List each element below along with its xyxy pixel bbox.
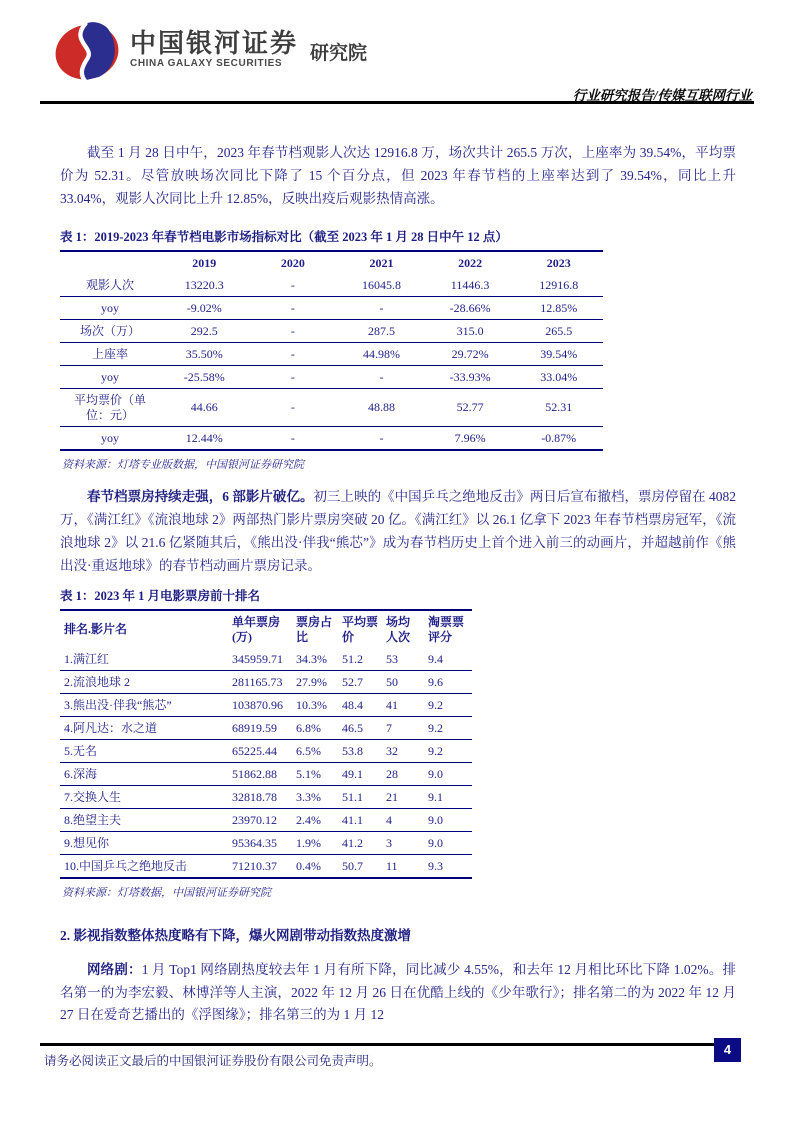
table-cell: 0.4% — [292, 855, 338, 879]
table-row: 10.中国乒乓之绝地反击71210.370.4%50.7119.3 — [60, 855, 472, 879]
table-cell: - — [337, 427, 426, 451]
table-cell: - — [337, 297, 426, 320]
table-cell: 9.1 — [424, 786, 472, 809]
report-page: 中国银河证券 CHINA GALAXY SECURITIES 研究院 行业研究报… — [0, 0, 794, 1123]
table-cell: 3.3% — [292, 786, 338, 809]
table-cell: yoy — [60, 366, 160, 389]
table-row: 1.满江红345959.7134.3%51.2539.4 — [60, 648, 472, 671]
table-row: 5.无名65225.446.5%53.8329.2 — [60, 740, 472, 763]
table-cell: 11 — [382, 855, 424, 879]
table-cell: 3.熊出没·伴我“熊芯” — [60, 694, 228, 717]
table2-block: 表 1：2023 年 1 月电影票房前十排名 排名.影片名单年票房(万)票房占比… — [60, 586, 736, 900]
table-cell: -33.93% — [426, 366, 515, 389]
table-cell: - — [337, 366, 426, 389]
table-cell: 7 — [382, 717, 424, 740]
table-cell: - — [249, 274, 338, 297]
table-cell: 35.50% — [160, 343, 249, 366]
column-header: 排名.影片名 — [60, 610, 228, 648]
table-cell: 41.2 — [338, 832, 382, 855]
brand-text: 中国银河证券 CHINA GALAXY SECURITIES — [130, 28, 298, 70]
table-cell: 50 — [382, 671, 424, 694]
paragraph-spring-festival-overview: 截至 1 月 28 日中午，2023 年春节档观影人次达 12916.8 万，场… — [60, 141, 736, 210]
table-cell: 6.深海 — [60, 763, 228, 786]
table-cell: 103870.96 — [228, 694, 292, 717]
table-cell: 9.4 — [424, 648, 472, 671]
table-cell: 52.77 — [426, 389, 515, 427]
table-cell: 39.54% — [514, 343, 603, 366]
paragraph-web-drama: 网络剧：1 月 Top1 网络剧热度较去年 1 月有所下降，同比减少 4.55%… — [60, 959, 736, 1027]
table-cell: 场次（万） — [60, 320, 160, 343]
table-cell: 68919.59 — [228, 717, 292, 740]
column-header: 平均票价 — [338, 610, 382, 648]
table-cell: 292.5 — [160, 320, 249, 343]
table2-title: 表 1：2023 年 1 月电影票房前十排名 — [60, 586, 736, 604]
footer-divider — [40, 1043, 714, 1046]
table-cell: 16045.8 — [337, 274, 426, 297]
table-cell: 27.9% — [292, 671, 338, 694]
spring-festival-metrics-table: 20192020202120222023观影人次13220.3-16045.81… — [60, 250, 603, 451]
table-cell: yoy — [60, 427, 160, 451]
table-cell: 8.绝望主夫 — [60, 809, 228, 832]
table-cell: 观影人次 — [60, 274, 160, 297]
brand-name-cn: 中国银河证券 — [130, 28, 298, 58]
section-2-heading: 2. 影视指数整体热度略有下降，爆火网剧带动指数热度激增 — [60, 924, 736, 944]
column-header: 2019 — [160, 251, 249, 274]
table-cell: 52.7 — [338, 671, 382, 694]
table-cell: 50.7 — [338, 855, 382, 879]
column-header: 2021 — [337, 251, 426, 274]
table-header-row: 20192020202120222023 — [60, 251, 603, 274]
table-row: 8.绝望主夫23970.122.4%41.149.0 — [60, 809, 472, 832]
table-cell: 12.44% — [160, 427, 249, 451]
table-cell: 46.5 — [338, 717, 382, 740]
table-cell: - — [249, 366, 338, 389]
table-header-row: 排名.影片名单年票房(万)票房占比平均票价场均人次淘票票评分 — [60, 610, 472, 648]
table-cell: 53 — [382, 648, 424, 671]
brand-name-en: CHINA GALAXY SECURITIES — [130, 58, 298, 70]
table-cell: -9.02% — [160, 297, 249, 320]
table-row: 观影人次13220.3-16045.811446.312916.8 — [60, 274, 603, 297]
table-cell: 7.96% — [426, 427, 515, 451]
table-cell: 51.2 — [338, 648, 382, 671]
table-cell: 32 — [382, 740, 424, 763]
column-header: 淘票票评分 — [424, 610, 472, 648]
table-cell: 48.88 — [337, 389, 426, 427]
table-cell: 10.中国乒乓之绝地反击 — [60, 855, 228, 879]
table-cell: 上座率 — [60, 343, 160, 366]
table-cell: 9.2 — [424, 717, 472, 740]
table-cell: 41.1 — [338, 809, 382, 832]
table-cell: 9.0 — [424, 809, 472, 832]
table-cell: 9.3 — [424, 855, 472, 879]
table-cell: 12916.8 — [514, 274, 603, 297]
header-divider — [40, 101, 754, 104]
column-header: 2023 — [514, 251, 603, 274]
table1-title: 表 1：2019-2023 年春节档电影市场指标对比（截至 2023 年 1 月… — [60, 227, 736, 245]
january-boxoffice-top10-table: 排名.影片名单年票房(万)票房占比平均票价场均人次淘票票评分1.满江红34595… — [60, 609, 472, 879]
table-cell: 2.流浪地球 2 — [60, 671, 228, 694]
table-cell: 65225.44 — [228, 740, 292, 763]
table-cell: 5.无名 — [60, 740, 228, 763]
column-header — [60, 251, 160, 274]
table-cell: - — [249, 320, 338, 343]
table-cell: 33.04% — [514, 366, 603, 389]
table-cell: 2.4% — [292, 809, 338, 832]
table-cell: 28 — [382, 763, 424, 786]
table-cell: -28.66% — [426, 297, 515, 320]
table-cell: 53.8 — [338, 740, 382, 763]
table-cell: 6.5% — [292, 740, 338, 763]
table-cell: 41 — [382, 694, 424, 717]
table-cell: 32818.78 — [228, 786, 292, 809]
table-cell: 9.2 — [424, 740, 472, 763]
table-cell: 1.满江红 — [60, 648, 228, 671]
table-cell: 11446.3 — [426, 274, 515, 297]
table-cell: 7.交换人生 — [60, 786, 228, 809]
table-row: 7.交换人生32818.783.3%51.1219.1 — [60, 786, 472, 809]
table-cell: yoy — [60, 297, 160, 320]
table-cell: 48.4 — [338, 694, 382, 717]
table2-source: 资料来源：灯塔数据，中国银河证券研究院 — [62, 884, 736, 900]
footer-disclaimer: 请务必阅读正文最后的中国银河证券股份有限公司免责声明。 — [44, 1051, 382, 1069]
table-row: 9.想见你95364.351.9%41.239.0 — [60, 832, 472, 855]
report-body: 截至 1 月 28 日中午，2023 年春节档观影人次达 12916.8 万，场… — [60, 141, 736, 1027]
brand-logo-block: 中国银河证券 CHINA GALAXY SECURITIES 研究院 — [54, 22, 367, 82]
table-cell: 9.6 — [424, 671, 472, 694]
table-cell: 5.1% — [292, 763, 338, 786]
table-cell: 34.3% — [292, 648, 338, 671]
table-cell: - — [249, 297, 338, 320]
table-row: yoy-9.02%---28.66%12.85% — [60, 297, 603, 320]
paragraph-boxoffice: 春节档票房持续走强，6 部影片破亿。初三上映的《中国乒乓之绝地反击》两日后宣布撤… — [60, 485, 736, 577]
table-cell: -25.58% — [160, 366, 249, 389]
table-row: 平均票价（单位：元）44.66-48.8852.7752.31 — [60, 389, 603, 427]
table-row: 场次（万）292.5-287.5315.0265.5 — [60, 320, 603, 343]
column-header: 2020 — [249, 251, 338, 274]
paragraph-boxoffice-lead: 春节档票房持续走强，6 部影片破亿。 — [87, 489, 314, 504]
table-cell: -0.87% — [514, 427, 603, 451]
table-cell: 345959.71 — [228, 648, 292, 671]
column-header: 单年票房(万) — [228, 610, 292, 648]
paragraph-web-drama-lead: 网络剧： — [87, 962, 142, 977]
table-cell: 23970.12 — [228, 809, 292, 832]
table-cell: - — [249, 389, 338, 427]
table-cell: 9.0 — [424, 763, 472, 786]
table-cell: 44.66 — [160, 389, 249, 427]
table-row: yoy12.44%--7.96%-0.87% — [60, 427, 603, 451]
table-cell: 95364.35 — [228, 832, 292, 855]
table-cell: 10.3% — [292, 694, 338, 717]
table-cell: 1.9% — [292, 832, 338, 855]
table-cell: 12.85% — [514, 297, 603, 320]
table-row: yoy-25.58%---33.93%33.04% — [60, 366, 603, 389]
table-cell: 9.2 — [424, 694, 472, 717]
column-header: 场均人次 — [382, 610, 424, 648]
table-cell: 281165.73 — [228, 671, 292, 694]
brand-institute: 研究院 — [310, 38, 367, 65]
table-row: 2.流浪地球 2281165.7327.9%52.7509.6 — [60, 671, 472, 694]
table-cell: 44.98% — [337, 343, 426, 366]
page-number-badge: 4 — [714, 1038, 741, 1062]
table-cell: 29.72% — [426, 343, 515, 366]
table-cell: - — [249, 427, 338, 451]
table1-source: 资料来源：灯塔专业版数据，中国银河证券研究院 — [62, 456, 736, 472]
table-cell: 51.1 — [338, 786, 382, 809]
table-cell: 287.5 — [337, 320, 426, 343]
table-cell: 9.想见你 — [60, 832, 228, 855]
column-header: 2022 — [426, 251, 515, 274]
table-cell: 13220.3 — [160, 274, 249, 297]
table-cell: 4.阿凡达：水之道 — [60, 717, 228, 740]
table-row: 上座率35.50%-44.98%29.72%39.54% — [60, 343, 603, 366]
galaxy-logo-icon — [54, 22, 120, 82]
table-row: 4.阿凡达：水之道68919.596.8%46.579.2 — [60, 717, 472, 740]
table-row: 6.深海51862.885.1%49.1289.0 — [60, 763, 472, 786]
table-cell: 平均票价（单位：元） — [60, 389, 160, 427]
table-row: 3.熊出没·伴我“熊芯”103870.9610.3%48.4419.2 — [60, 694, 472, 717]
table-cell: 6.8% — [292, 717, 338, 740]
table-cell: 4 — [382, 809, 424, 832]
table-cell: 3 — [382, 832, 424, 855]
column-header: 票房占比 — [292, 610, 338, 648]
table-cell: 49.1 — [338, 763, 382, 786]
table-cell: 71210.37 — [228, 855, 292, 879]
table-cell: 21 — [382, 786, 424, 809]
table-cell: 52.31 — [514, 389, 603, 427]
table-cell: 265.5 — [514, 320, 603, 343]
table1-block: 表 1：2019-2023 年春节档电影市场指标对比（截至 2023 年 1 月… — [60, 227, 736, 472]
table-cell: 51862.88 — [228, 763, 292, 786]
table-cell: 315.0 — [426, 320, 515, 343]
paragraph-web-drama-rest: 1 月 Top1 网络剧热度较去年 1 月有所下降，同比减少 4.55%，和去年… — [60, 962, 736, 1022]
table-cell: - — [249, 343, 338, 366]
table-cell: 9.0 — [424, 832, 472, 855]
